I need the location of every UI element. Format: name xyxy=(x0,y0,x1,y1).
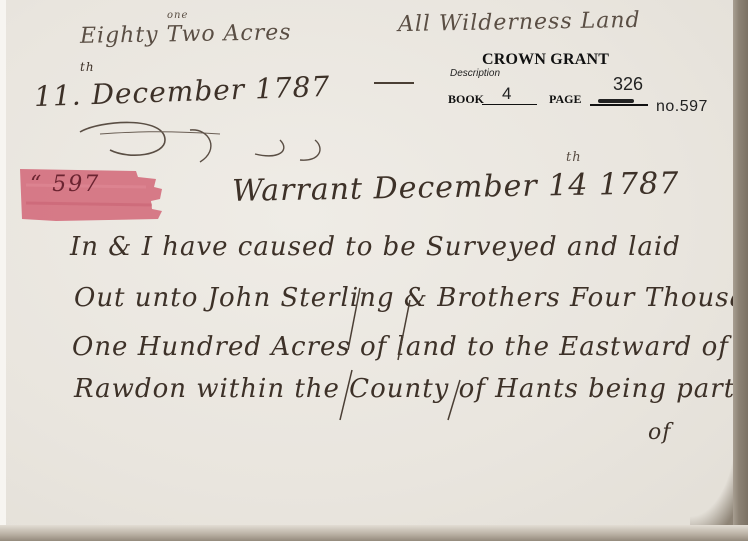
page-right-edge xyxy=(733,0,748,541)
stamp-book-value: 4 xyxy=(502,84,511,104)
handwritten-superscript: one xyxy=(167,10,188,21)
stamp-book-underline xyxy=(482,104,537,105)
handwritten-wilderness-land: All Wilderness Land xyxy=(398,8,641,37)
margin-tag-number: “ 597 xyxy=(30,172,100,197)
body-line-1: In & I have caused to be Surveyed and la… xyxy=(70,232,681,262)
handwritten-date-superscript: th xyxy=(80,60,95,74)
page-bottom-edge xyxy=(0,525,748,541)
date-dash xyxy=(374,82,414,84)
stamp-page-value: 326 xyxy=(613,74,643,95)
document-page: Eighty Two Acres one All Wilderness Land… xyxy=(0,0,748,541)
warrant-heading-superscript: th xyxy=(566,150,582,165)
stamp-record-number: no.597 xyxy=(656,98,708,116)
handwritten-date: 11. December 1787 xyxy=(34,70,331,113)
continuation-word: of xyxy=(648,420,671,445)
stamp-page-underline xyxy=(590,104,648,106)
stamp-book-label: BOOK xyxy=(448,92,484,107)
stamp-title: CROWN GRANT xyxy=(482,51,609,69)
stamp-description-label: Description xyxy=(450,68,500,79)
descender-strokes xyxy=(0,260,748,460)
crown-grant-stamp: CROWN GRANT Description BOOK 4 PAGE 326 … xyxy=(440,48,690,118)
stamp-page-label: PAGE xyxy=(549,92,581,107)
handwritten-acres: Eighty Two Acres xyxy=(80,20,292,49)
stamp-page-crossed-out xyxy=(598,99,634,103)
warrant-heading: Warrant December 14 1787 xyxy=(232,166,680,209)
